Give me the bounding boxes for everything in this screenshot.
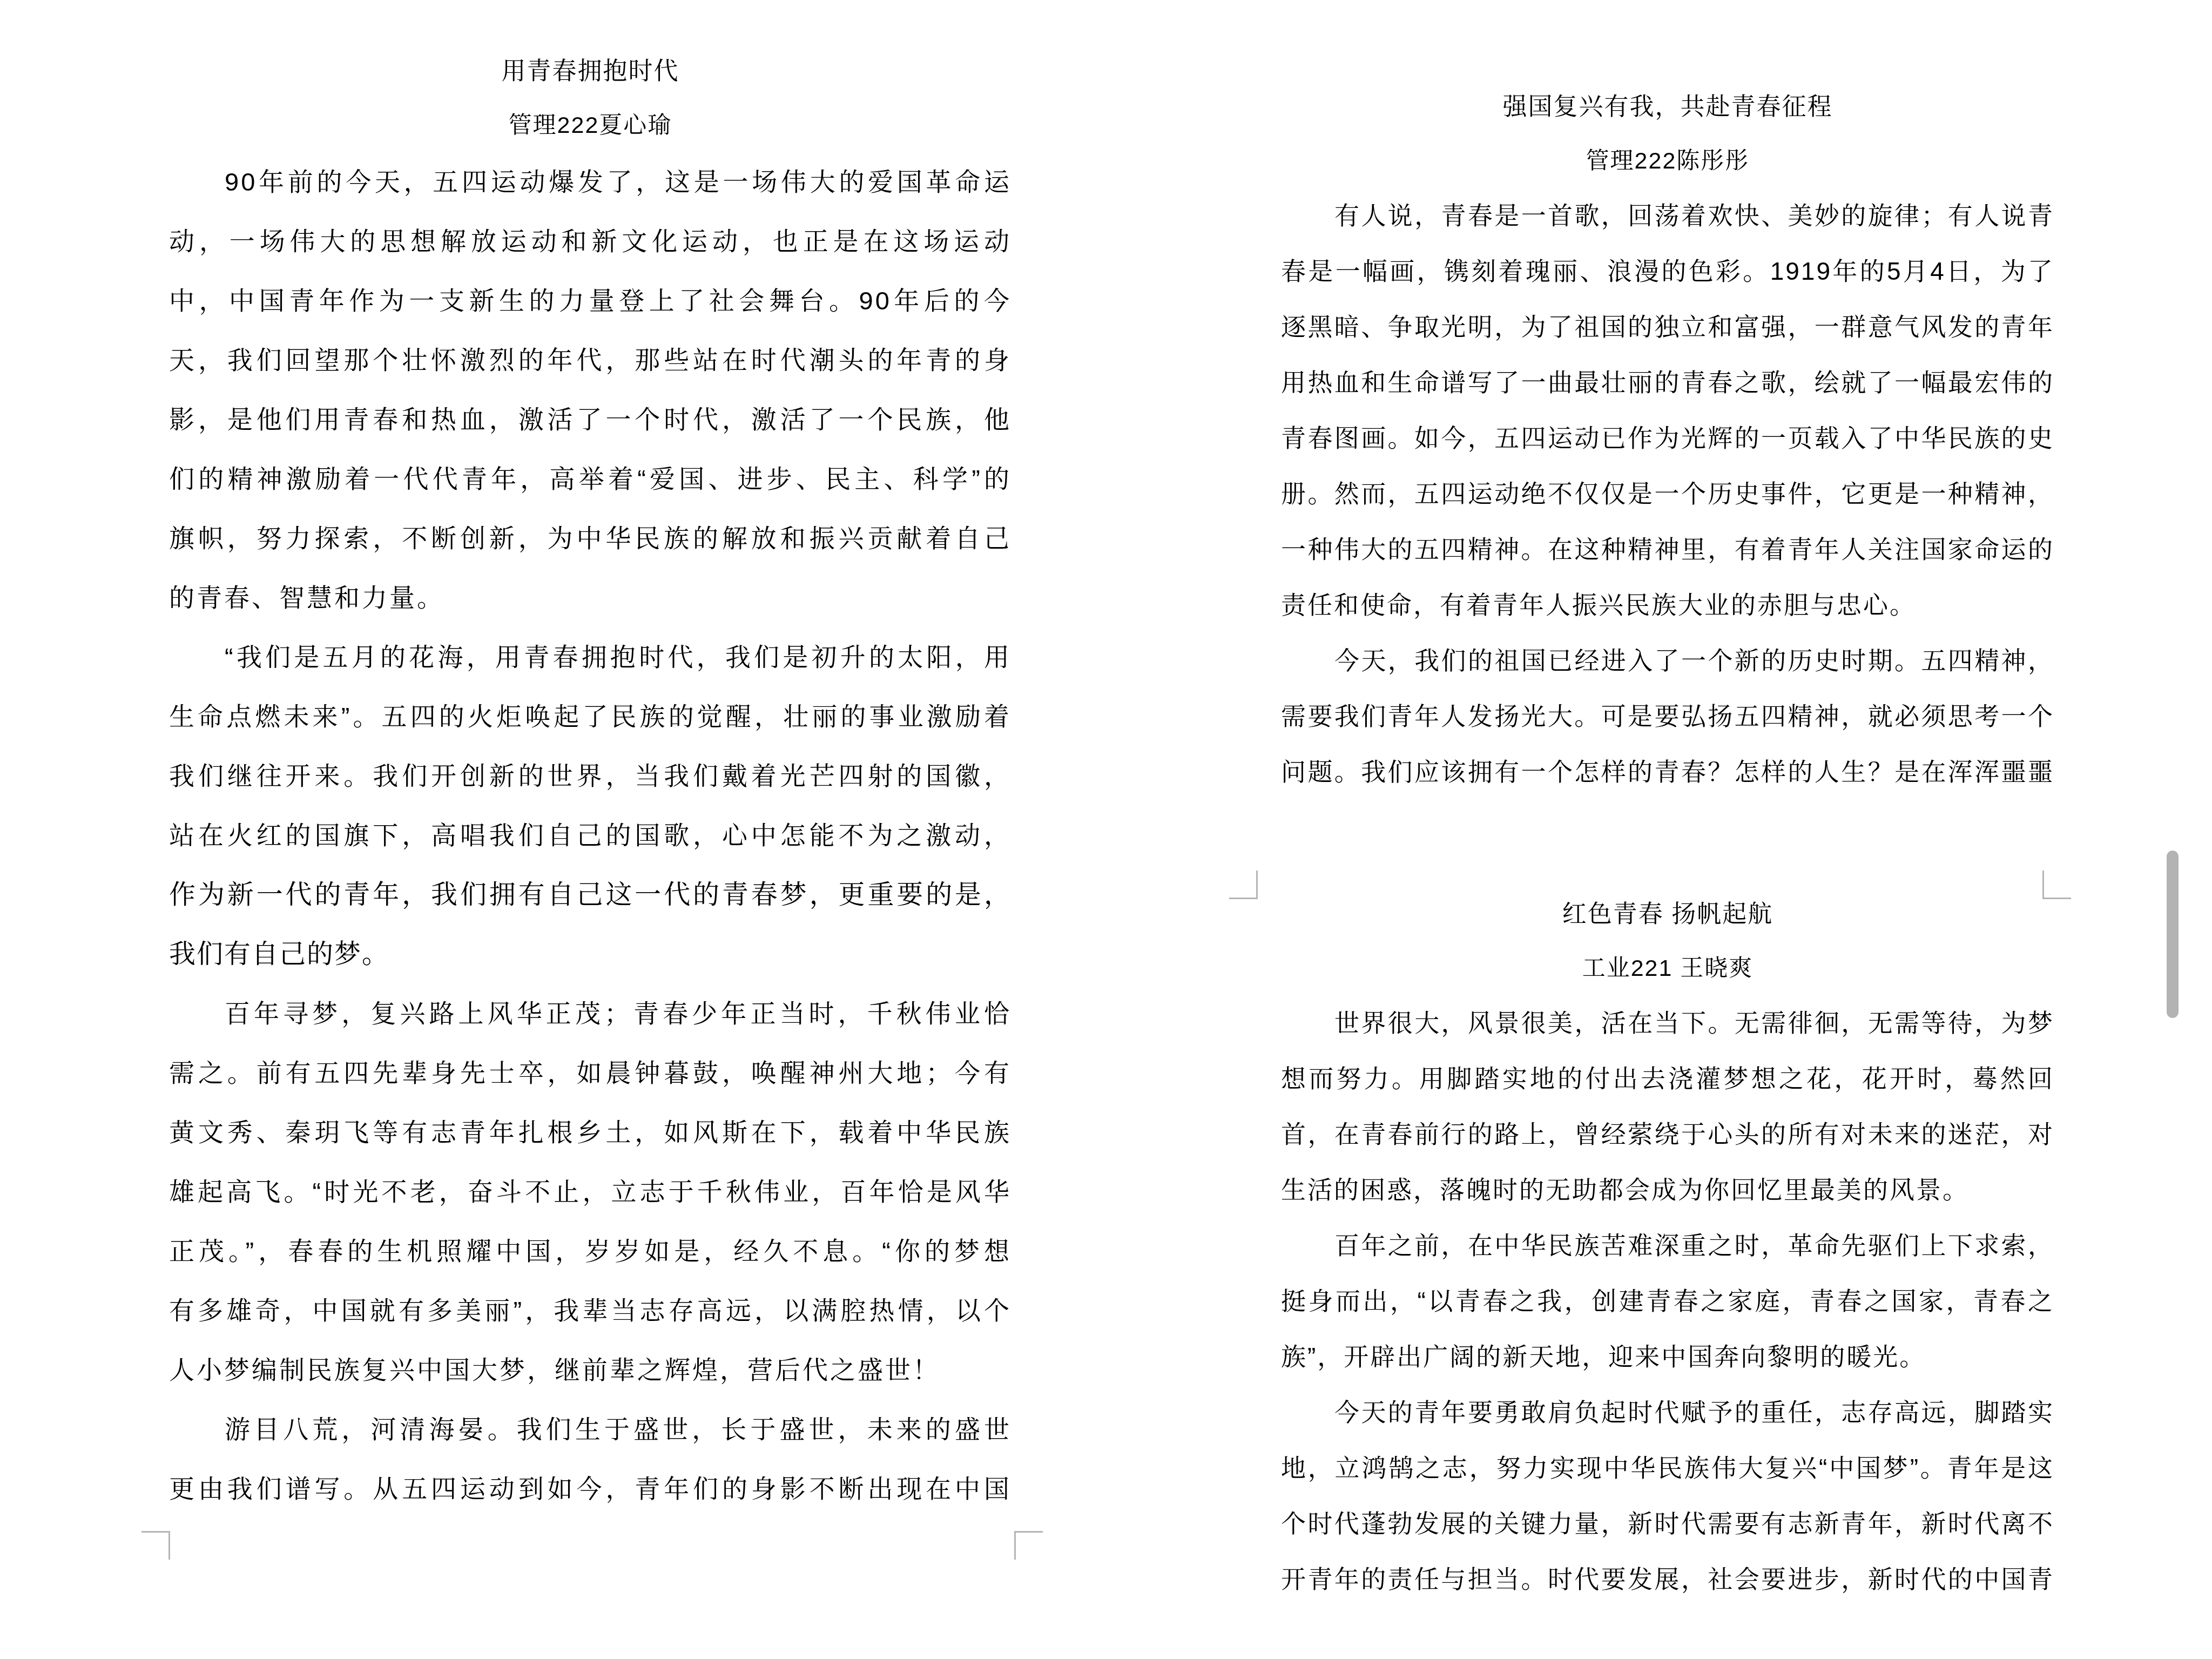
text-line: 更由我们谱写。从五四运动到如今，青年们的身影不断出现在中国 xyxy=(169,1459,1011,1519)
right-doc-2-body: 世界很大，风景很美，活在当下。无需徘徊，无需等待，为梦想而努力。用脚踏实地的付出… xyxy=(1281,995,2054,1607)
vertical-scrollbar-thumb[interactable] xyxy=(2167,851,2179,1018)
text-line: 天，我们回望那个壮怀激烈的年代，那些站在时代潮头的年青的身 xyxy=(169,331,1011,390)
page-corner-mark-top-left xyxy=(1229,871,1258,899)
text-line: 人小梦编制民族复兴中国大梦，继前辈之辉煌，营后代之盛世！ xyxy=(169,1340,1011,1400)
text-line: 正茂。”，春春的生机照耀中国，岁岁如是，经久不息。“你的梦想 xyxy=(169,1222,1011,1281)
left-document[interactable]: 用青春拥抱时代 管理222夏心瑜 90年前的今天，五四运动爆发了，这是一场伟大的… xyxy=(169,44,1011,1519)
document-canvas: { "page": { "background_color": "#ffffff… xyxy=(0,0,2212,1659)
text-line: 今天，我们的祖国已经进入了一个新的历史时期。五四精神， xyxy=(1281,633,2054,689)
right-doc-1-body: 有人说，青春是一首歌，回荡着欢快、美妙的旋律；有人说青春是一幅画，镌刻着瑰丽、浪… xyxy=(1281,188,2054,800)
right-document-essay-2[interactable]: 红色青春 扬帆起航 工业221 王晓爽 世界很大，风景很美，活在当下。无需徘徊，… xyxy=(1281,887,2054,1607)
text-line: 我们继往开来。我们开创新的世界，当我们戴着光芒四射的国徽， xyxy=(169,746,1011,806)
text-line: 问题。我们应该拥有一个怎样的青春？怎样的人生？是在浑浑噩噩 xyxy=(1281,744,2054,800)
text-line: 影，是他们用青春和热血，激活了一个时代，激活了一个民族，他 xyxy=(169,390,1011,449)
text-line: 雄起高飞。“时光不老，奋斗不止，立志于千秋伟业，百年恰是风华 xyxy=(169,1162,1011,1222)
right-doc-1-author: 管理222陈彤彤 xyxy=(1281,134,2054,188)
text-line: 春是一幅画，镌刻着瑰丽、浪漫的色彩。1919年的5月4日，为了驱 xyxy=(1281,244,2054,299)
text-line: 青春图画。如今，五四运动已作为光辉的一页载入了中华民族的史 xyxy=(1281,410,2054,466)
right-document-essay-1[interactable]: 强国复兴有我，共赴青春征程 管理222陈彤彤 有人说，青春是一首歌，回荡着欢快、… xyxy=(1281,80,2054,800)
text-line: 黄文秀、秦玥飞等有志青年扎根乡土，如风斯在下，载着中华民族 xyxy=(169,1103,1011,1162)
text-line: 我们有自己的梦。 xyxy=(169,925,1011,984)
text-line: 90年前的今天，五四运动爆发了，这是一场伟大的爱国革命运 xyxy=(169,152,1011,212)
text-line: 百年寻梦，复兴路上风华正茂；青春少年正当时，千秋伟业恰 xyxy=(169,984,1011,1043)
text-line: 作为新一代的青年，我们拥有自己这一代的青春梦，更重要的是， xyxy=(169,865,1011,925)
text-line: 百年之前，在中华民族苦难深重之时，革命先驱们上下求索， xyxy=(1281,1218,2054,1273)
page-corner-mark-bottom-left xyxy=(141,1531,170,1560)
text-line: 站在火红的国旗下，高唱我们自己的国歌，心中怎能不为之激动， xyxy=(169,806,1011,865)
right-doc-2-author: 工业221 王晓爽 xyxy=(1281,941,2054,995)
text-line: 族”，开辟出广阔的新天地，迎来中国奔向黎明的暖光。 xyxy=(1281,1329,2054,1385)
right-doc-2-title: 红色青春 扬帆起航 xyxy=(1281,887,2054,941)
text-line: 生活的困惑，落魄时的无助都会成为你回忆里最美的风景。 xyxy=(1281,1162,2054,1218)
text-line: 个时代蓬勃发展的关键力量，新时代需要有志新青年，新时代离不 xyxy=(1281,1496,2054,1552)
text-line: 动，一场伟大的思想解放运动和新文化运动，也正是在这场运动 xyxy=(169,212,1011,271)
left-doc-body: 90年前的今天，五四运动爆发了，这是一场伟大的爱国革命运动，一场伟大的思想解放运… xyxy=(169,152,1011,1519)
text-line: 地，立鸿鹄之志，努力实现中华民族伟大复兴“中国梦”。青年是这 xyxy=(1281,1440,2054,1496)
text-line: 的青春、智慧和力量。 xyxy=(169,568,1011,628)
text-line: “我们是五月的花海，用青春拥抱时代，我们是初升的太阳，用 xyxy=(169,628,1011,687)
text-line: 有人说，青春是一首歌，回荡着欢快、美妙的旋律；有人说青 xyxy=(1281,188,2054,244)
text-line: 中，中国青年作为一支新生的力量登上了社会舞台。90年后的今 xyxy=(169,271,1011,331)
left-doc-title: 用青春拥抱时代 xyxy=(169,44,1011,98)
text-line: 有多雄奇，中国就有多美丽”，我辈当志存高远，以满腔热情，以个 xyxy=(169,1281,1011,1340)
text-line: 首，在青春前行的路上，曾经萦绕于心头的所有对未来的迷茫，对 xyxy=(1281,1107,2054,1162)
text-line: 需要我们青年人发扬光大。可是要弘扬五四精神，就必须思考一个 xyxy=(1281,689,2054,744)
text-line: 世界很大，风景很美，活在当下。无需徘徊，无需等待，为梦 xyxy=(1281,995,2054,1051)
text-line: 需之。前有五四先辈身先士卒，如晨钟暮鼓，唤醒神州大地；今有 xyxy=(169,1043,1011,1103)
text-line: 一种伟大的五四精神。在这种精神里，有着青年人关注国家命运的 xyxy=(1281,522,2054,577)
right-doc-1-title: 强国复兴有我，共赴青春征程 xyxy=(1281,80,2054,134)
page-corner-mark-bottom-right xyxy=(1014,1531,1043,1560)
text-line: 生命点燃未来”。五四的火炬唤起了民族的觉醒，壮丽的事业激励着 xyxy=(169,687,1011,746)
text-line: 开青年的责任与担当。时代要发展，社会要进步，新时代的中国青 xyxy=(1281,1552,2054,1607)
text-line: 挺身而出，“以青春之我，创建青春之家庭，青春之国家，青春之民 xyxy=(1281,1273,2054,1329)
text-line: 想而努力。用脚踏实地的付出去浇灌梦想之花，花开时，蓦然回 xyxy=(1281,1051,2054,1107)
text-line: 用热血和生命谱写了一曲最壮丽的青春之歌，绘就了一幅最宏伟的 xyxy=(1281,355,2054,410)
text-line: 册。然而，五四运动绝不仅仅是一个历史事件，它更是一种精神， xyxy=(1281,466,2054,522)
text-line: 们的精神激励着一代代青年，高举着“爱国、进步、民主、科学”的 xyxy=(169,449,1011,509)
text-line: 责任和使命，有着青年人振兴民族大业的赤胆与忠心。 xyxy=(1281,577,2054,633)
left-doc-author: 管理222夏心瑜 xyxy=(169,98,1011,152)
text-line: 旗帜，努力探索，不断创新，为中华民族的解放和振兴贡献着自己 xyxy=(169,509,1011,568)
text-line: 逐黑暗、争取光明，为了祖国的独立和富强，一群意气风发的青年 xyxy=(1281,299,2054,355)
text-line: 今天的青年要勇敢肩负起时代赋予的重任，志存高远，脚踏实 xyxy=(1281,1385,2054,1440)
text-line: 游目八荒，河清海晏。我们生于盛世，长于盛世，未来的盛世 xyxy=(169,1400,1011,1459)
